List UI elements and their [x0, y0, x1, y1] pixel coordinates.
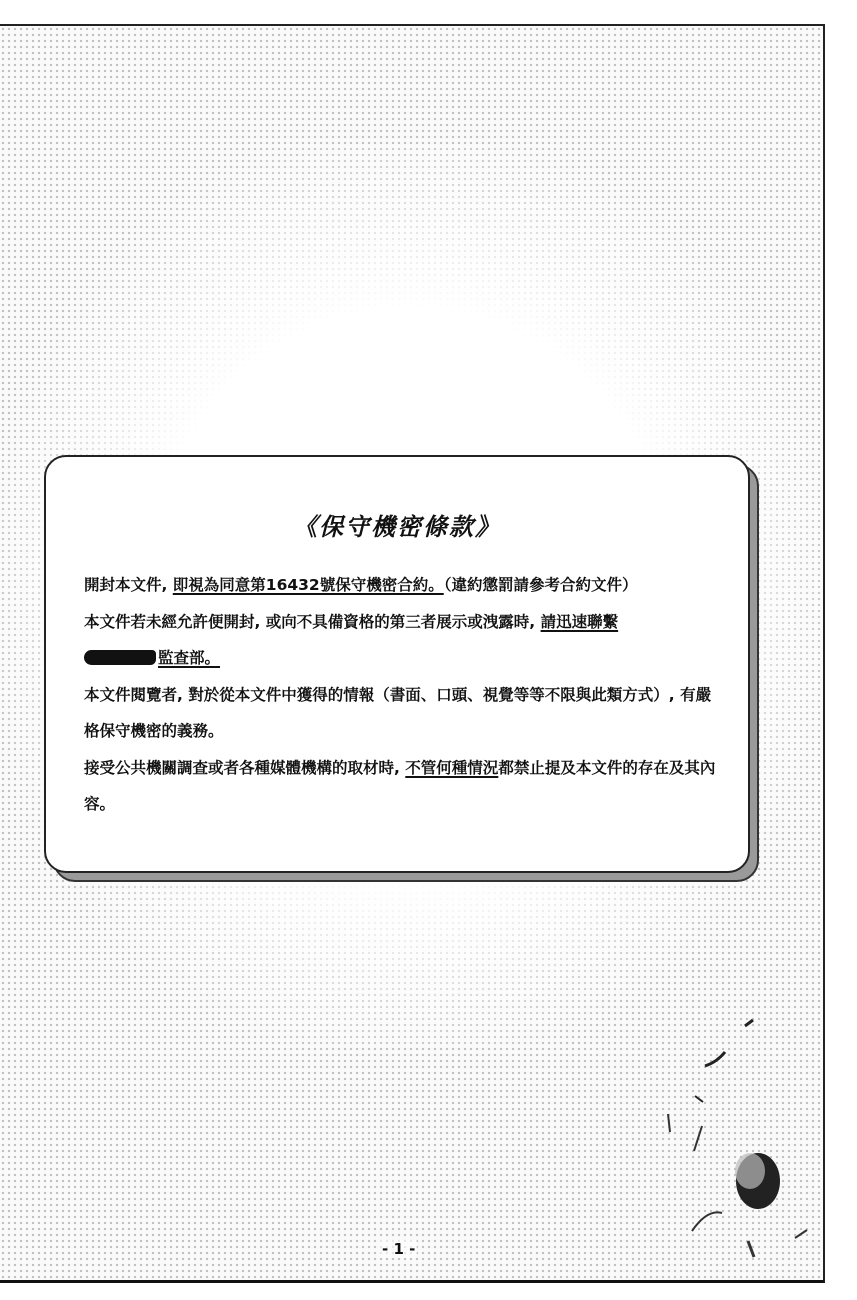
clause-2: 本文件若未經允許便開封, 或向不具備資格的第三者展示或洩露時, 請迅速聯繫 監查…: [84, 604, 724, 677]
clause-2-text-a: 本文件若未經允許便開封, 或向不具備資格的第三者展示或洩露時,: [84, 613, 535, 631]
clause-3-text: 本文件閱覽者, 對於從本文件中獲得的情報（書面、口頭、視覺等等不限與此類方式）,…: [84, 686, 711, 741]
clause-1: 開封本文件, 即視為同意第16432號保守機密合約。（違約懲罰請參考合約文件）: [84, 567, 724, 604]
clause-2-audit-department: 監查部。: [158, 649, 220, 667]
ink-splatter-illustration: [650, 1006, 830, 1266]
notice-body: 開封本文件, 即視為同意第16432號保守機密合約。（違約懲罰請參考合約文件） …: [84, 567, 724, 823]
clause-1-penalty-note: （違約懲罰請參考合約文件）: [444, 576, 638, 594]
clause-3: 本文件閱覽者, 對於從本文件中獲得的情報（書面、口頭、視覺等等不限與此類方式）,…: [84, 677, 724, 750]
clause-4: 接受公共機關調查或者各種媒體機構的取材時, 不管何種情況都禁止提及本文件的存在及…: [84, 750, 724, 823]
redaction-mark: [84, 650, 156, 665]
clause-4-text-a: 接受公共機關調查或者各種媒體機構的取材時,: [84, 759, 400, 777]
page-number: - 1 -: [380, 1240, 417, 1258]
clause-1-text-a: 開封本文件,: [84, 576, 167, 594]
clause-4-emphasis: 不管何種情況: [405, 759, 498, 777]
clause-1-contract-reference: 即視為同意第16432號保守機密合約。: [173, 576, 444, 594]
clause-2-contact-instruction: 請迅速聯繫: [541, 613, 619, 631]
notice-title: 《保守機密條款》: [46, 507, 748, 542]
confidentiality-notice-box: 《保守機密條款》 開封本文件, 即視為同意第16432號保守機密合約。（違約懲罰…: [44, 455, 750, 873]
